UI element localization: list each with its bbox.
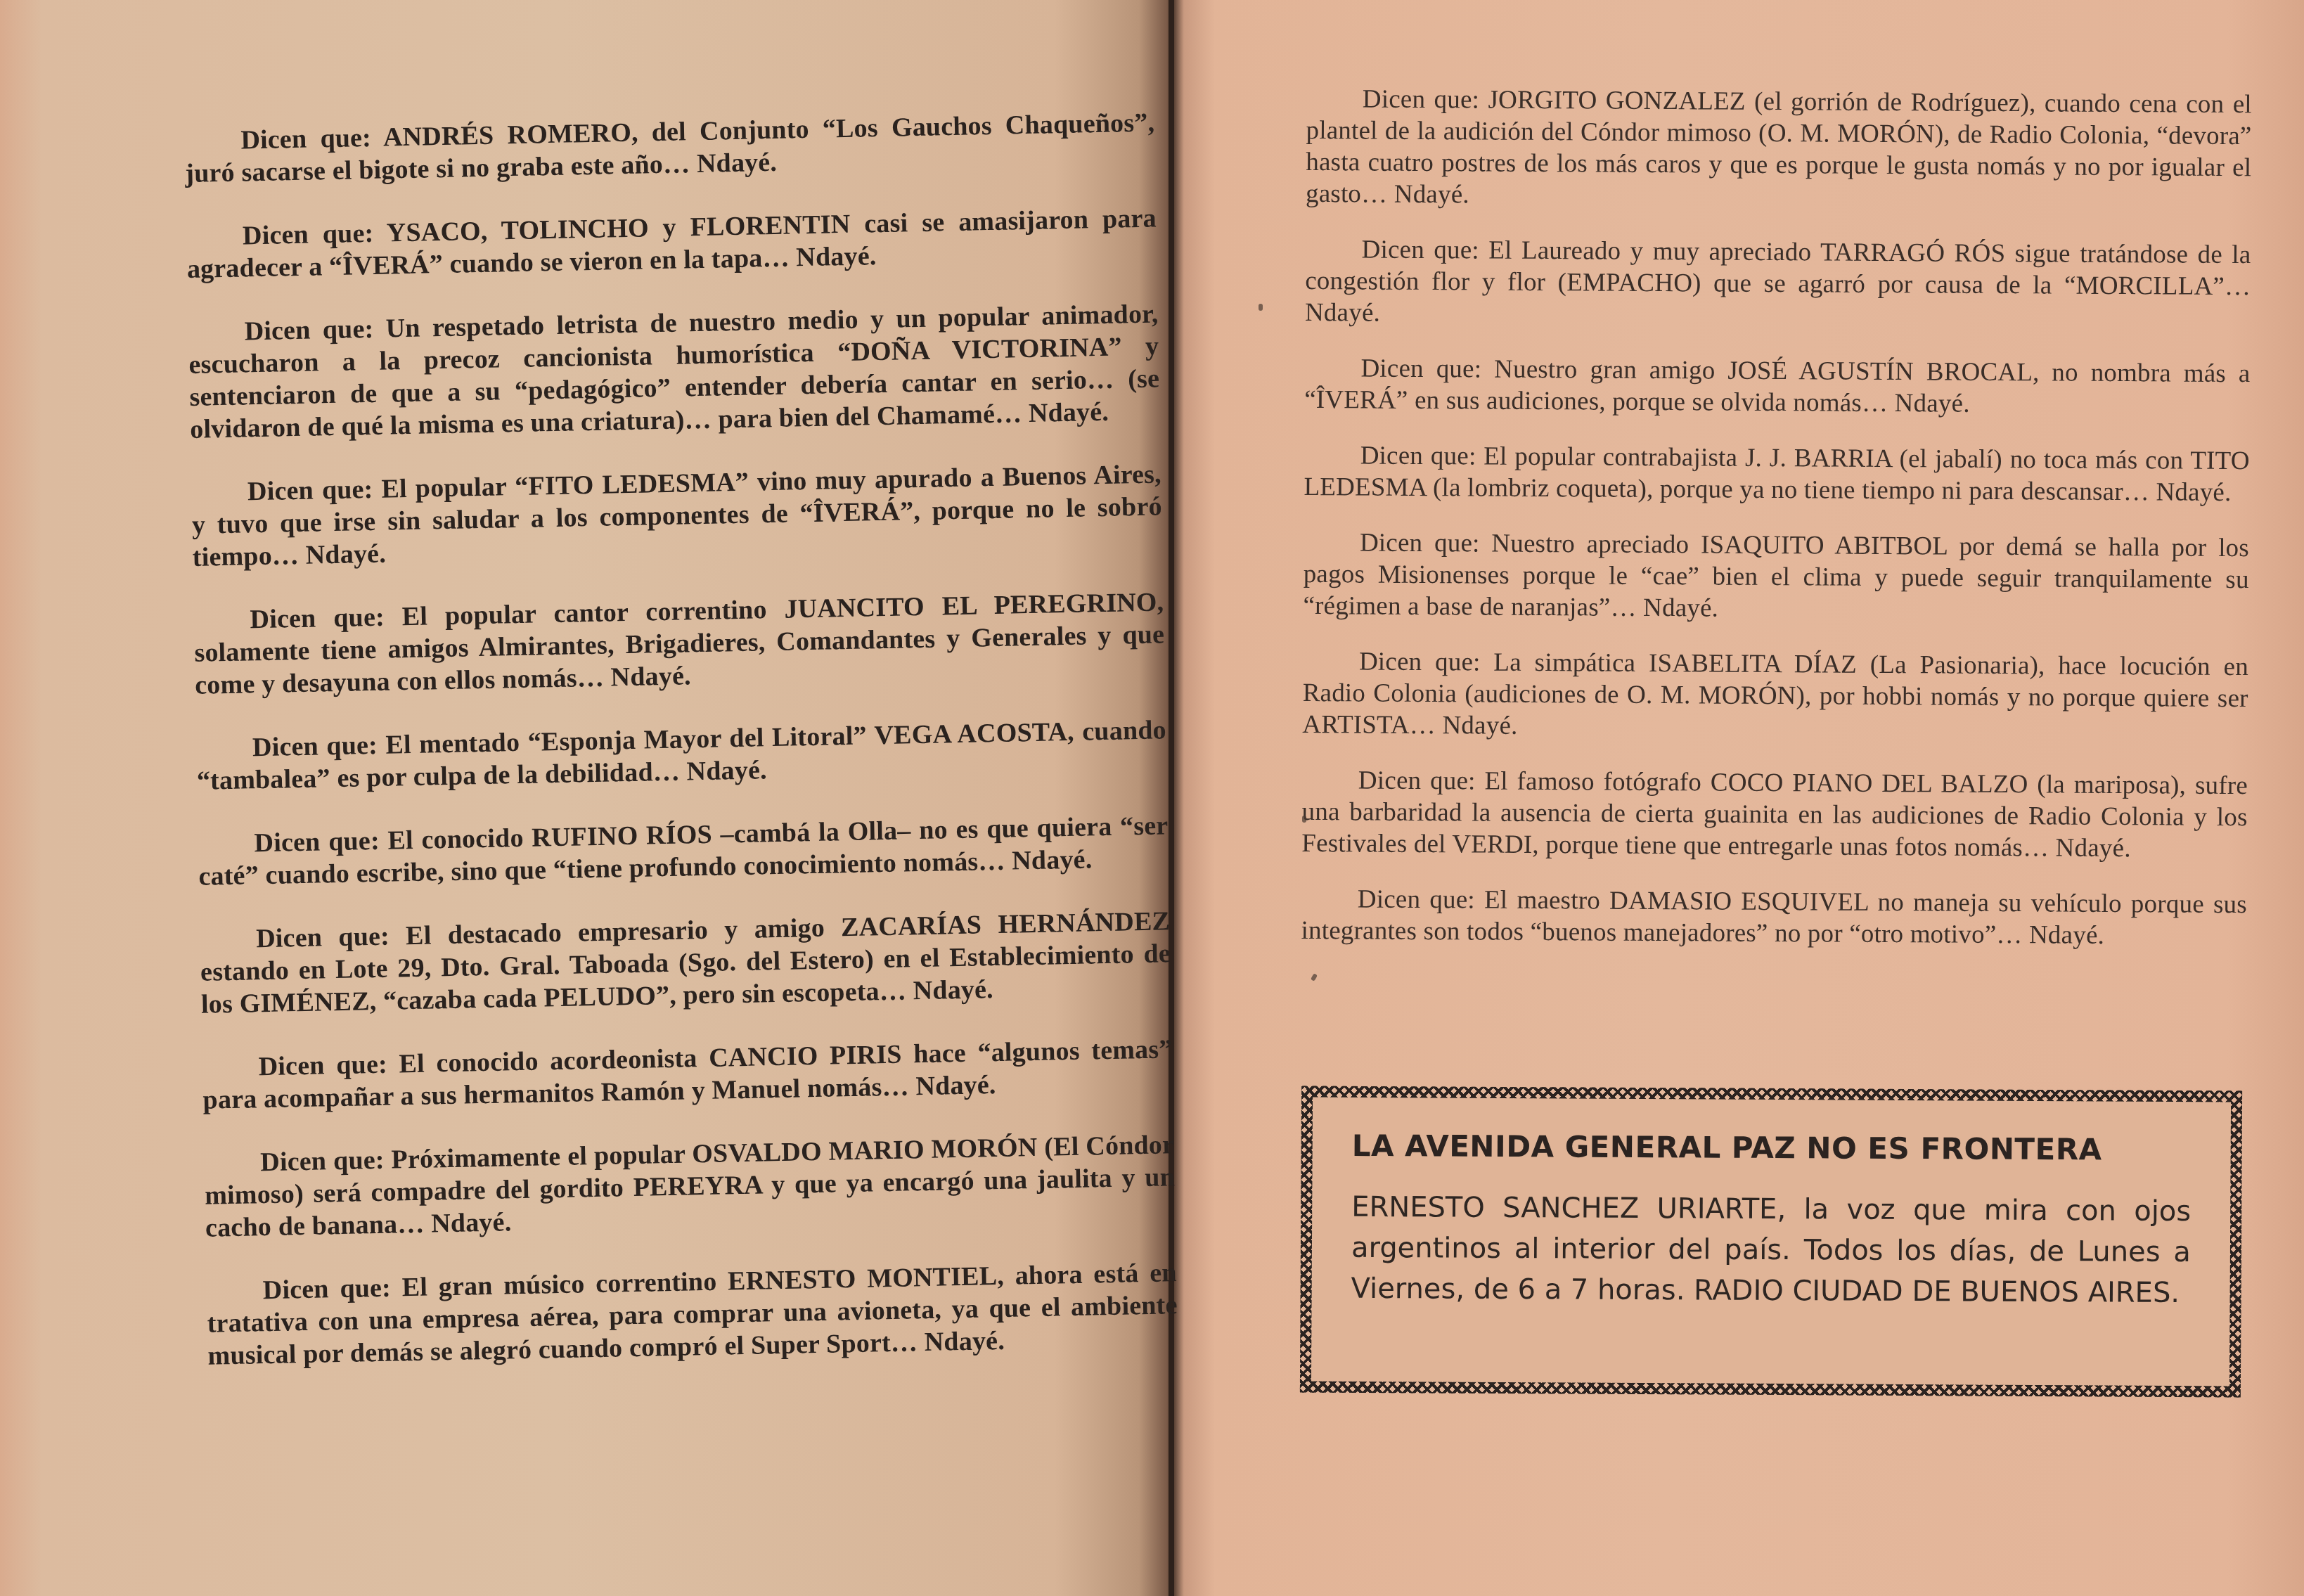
ink-blot-mark-icon — [1302, 816, 1306, 823]
gossip-item: Dicen que: El popular “FITO LEDESMA” vin… — [191, 458, 1163, 573]
ink-speck-mark-icon — [1259, 304, 1263, 311]
gossip-item: Dicen que: El popular cantor correntino … — [193, 586, 1165, 701]
gossip-item: Dicen que: Un respetado letrista de nues… — [188, 297, 1160, 445]
gossip-item: Dicen que: El destacado empresario y ami… — [200, 905, 1171, 1020]
gossip-item: Dicen que: El popular contrabajista J. J… — [1304, 439, 2250, 508]
magazine-spread: Dicen que: ANDRÉS ROMERO, del Conjunto “… — [0, 0, 2304, 1596]
gossip-item: Dicen que: El gran músico correntino ERN… — [206, 1256, 1178, 1372]
gossip-item: Dicen que: El famoso fotógrafo COCO PIAN… — [1301, 764, 2248, 865]
left-column-gossip: Dicen que: ANDRÉS ROMERO, del Conjunto “… — [184, 107, 1179, 1403]
gossip-item: Dicen que: El mentado “Esponja Mayor del… — [196, 714, 1168, 797]
advertisement-body: ERNESTO SANCHEZ URIARTE, la voz que mira… — [1351, 1187, 2191, 1313]
gossip-item: Dicen que: El Laureado y muy apreciado T… — [1305, 233, 2251, 334]
gossip-item: Dicen que: El conocido RUFINO RÍOS –camb… — [198, 809, 1169, 892]
gossip-item: Dicen que: Nuestro gran amigo JOSÉ AGUST… — [1304, 352, 2251, 421]
gossip-item: Dicen que: La simpática ISABELITA DÍAZ (… — [1302, 645, 2248, 746]
advertisement-content: LA AVENIDA GENERAL PAZ NO ES FRONTERA ER… — [1311, 1098, 2231, 1386]
right-column-gossip: Dicen que: JORGITO GONZALEZ (el gorrión … — [1301, 83, 2252, 976]
advertisement-title: LA AVENIDA GENERAL PAZ NO ES FRONTERA — [1352, 1128, 2192, 1167]
gossip-item: Dicen que: Nuestro apreciado ISAQUITO AB… — [1303, 527, 2249, 627]
gossip-item: Dicen que: YSACO, TOLINCHO y FLORENTIN c… — [186, 202, 1158, 285]
gossip-item: Dicen que: El maestro DAMASIO ESQUIVEL n… — [1301, 883, 2247, 952]
radio-advertisement-box: LA AVENIDA GENERAL PAZ NO ES FRONTERA ER… — [1300, 1086, 2242, 1398]
gossip-item: Dicen que: JORGITO GONZALEZ (el gorrión … — [1306, 83, 2252, 215]
gossip-item: Dicen que: El conocido acordeonista CANC… — [202, 1033, 1173, 1116]
gossip-item: Dicen que: Próximamente el popular OSVAL… — [204, 1128, 1176, 1244]
